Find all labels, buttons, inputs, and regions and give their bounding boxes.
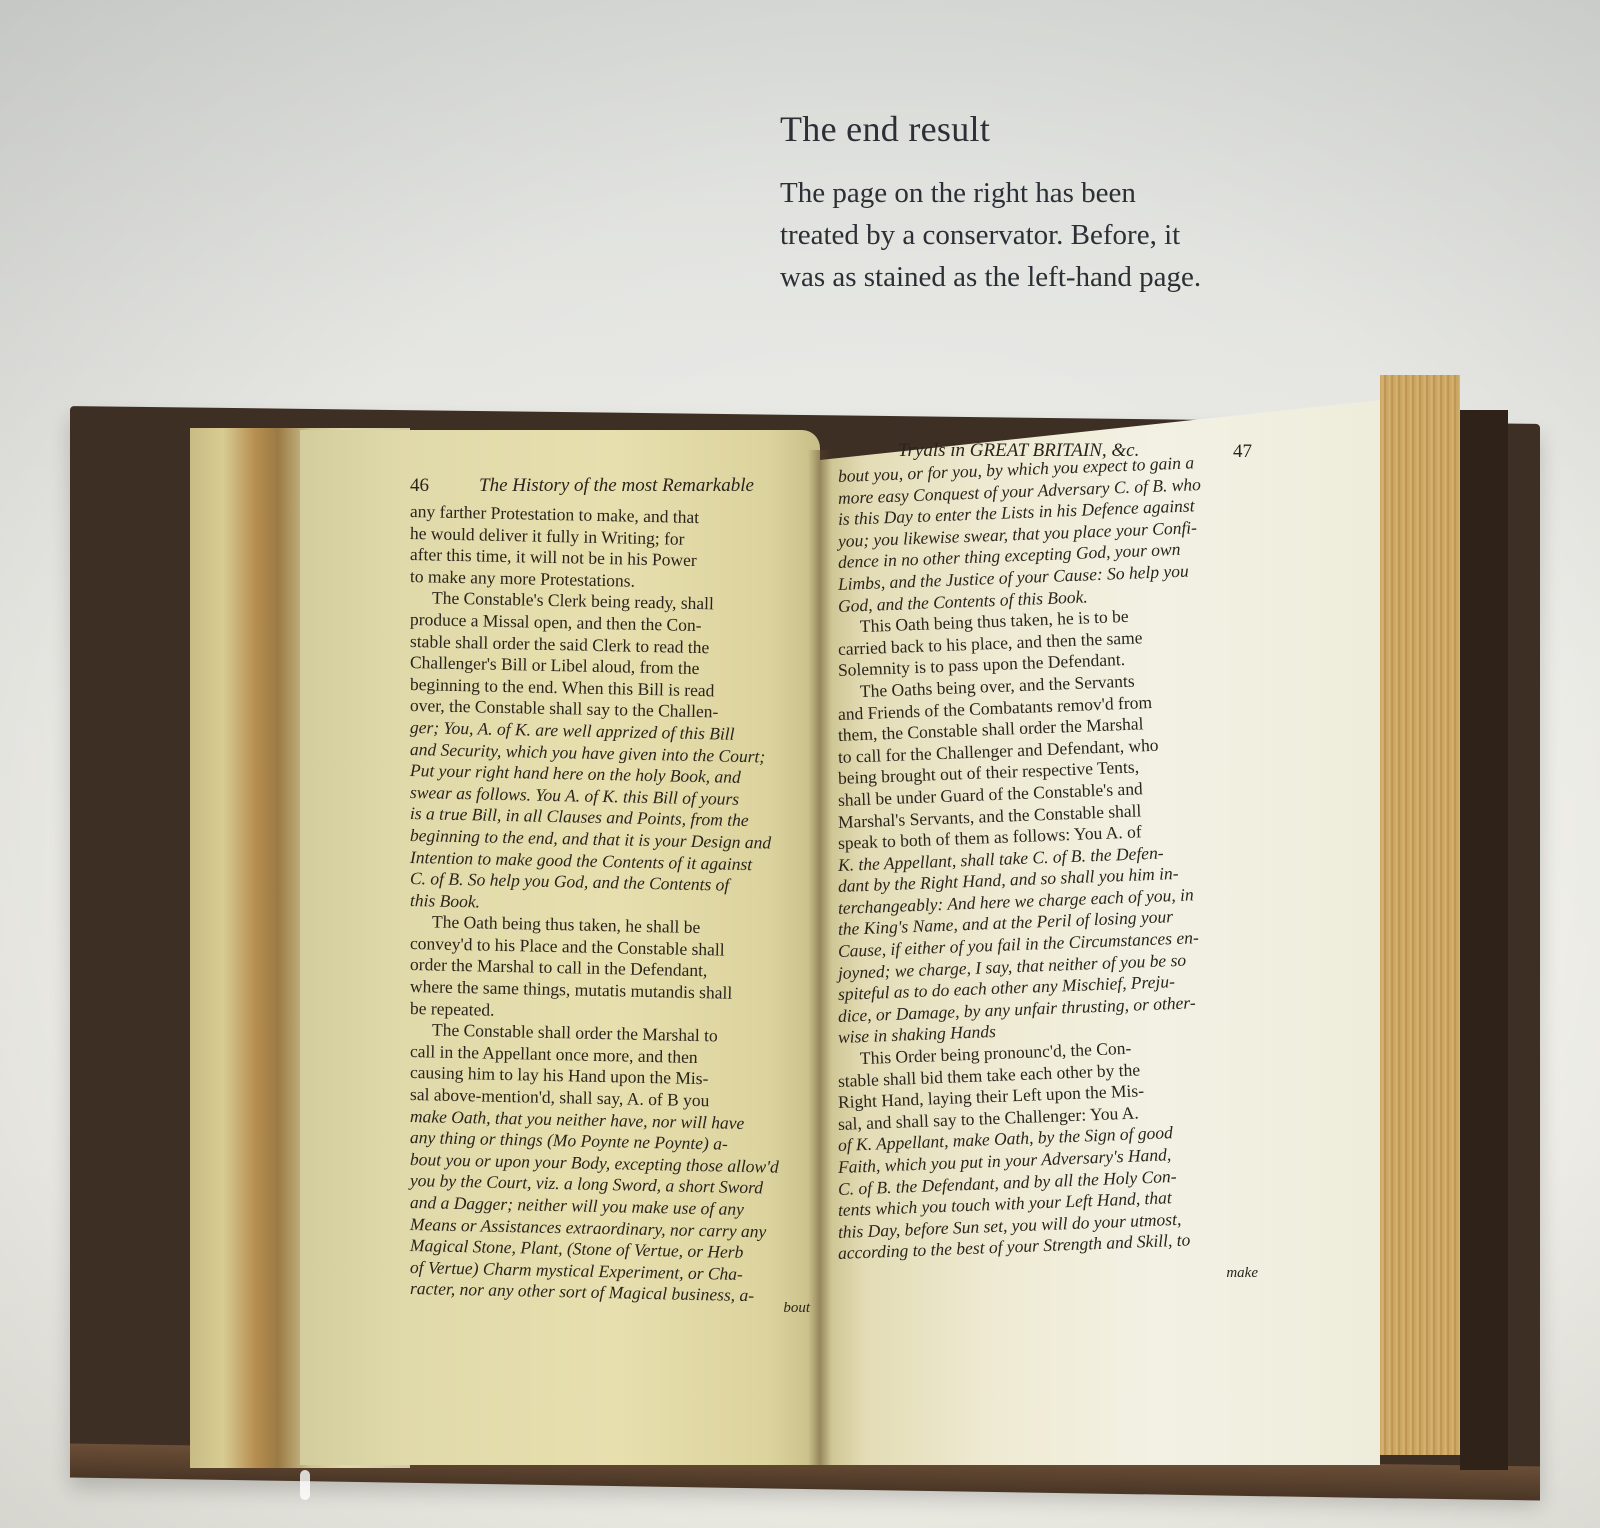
left-page-number: 46 (410, 475, 429, 496)
caption-line: treated by a conservator. Before, it (780, 214, 1380, 256)
left-page-text: 46The History of the most Remarkable any… (410, 475, 810, 1317)
caption-line: was as stained as the left-hand page. (780, 256, 1380, 298)
right-page-lines: bout you, or for you, by which you expec… (838, 466, 1258, 1265)
left-running-head: 46The History of the most Remarkable (410, 475, 810, 497)
book-gutter (808, 450, 832, 1470)
left-page-lines: any farther Protestation to make, and th… (410, 501, 810, 1300)
right-catchword: make (838, 1265, 1258, 1282)
glass-glare (300, 1470, 310, 1500)
right-page-stack (1380, 375, 1460, 1455)
caption-body: The page on the right has been treated b… (780, 172, 1380, 298)
caption-line: The page on the right has been (780, 172, 1380, 214)
right-page-text: Tryals in GREAT BRITAIN, &c. bout you, o… (838, 440, 1258, 1282)
right-cover-edge (1460, 410, 1508, 1470)
exhibit-caption: The end result The page on the right has… (780, 108, 1380, 298)
caption-title: The end result (780, 108, 1380, 150)
